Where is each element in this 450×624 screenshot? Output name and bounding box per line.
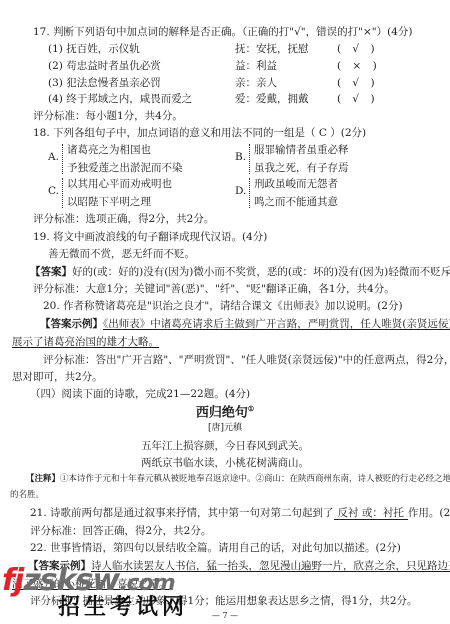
q17-gloss-1: 抚：安抚，抚慰 xyxy=(235,44,309,55)
q18-option-b-label: B. xyxy=(235,152,246,163)
q17-item-2: (2) 苟忠益时者虽仇必赏 xyxy=(48,61,161,72)
q18-stem: 18. 下列各组句子中，加点词语的意义和用法不同的一组是（ C ）(2分) xyxy=(33,128,366,139)
q17-stem: 17. 判断下列语句中加点词的解释是否正确。（正确的打"√"，错误的打"×"）(… xyxy=(33,27,412,38)
q18-option-a-line1: 诸葛亮之为相国也 xyxy=(67,145,151,156)
q17-item-4: (4) 终于邦域之内，咸畏而爱之 xyxy=(48,94,192,105)
section4-heading: （四）阅读下面的诗歌，完成21—22题。(4分) xyxy=(30,389,250,400)
brace-divider xyxy=(249,144,252,174)
q18-option-b-line1: 服罪输情者虽重必释 xyxy=(254,145,349,156)
poem-author: [唐]元稹 xyxy=(0,424,450,433)
q17-item-1: (1) 抚百姓，示仪轨 xyxy=(48,44,140,55)
q20-scoring-line2: 思对即可，共2分。 xyxy=(12,372,103,383)
answer-tag: 【答案】 xyxy=(30,266,72,278)
q18-option-a-label: A. xyxy=(48,152,59,163)
q18-option-c-label: C. xyxy=(48,186,59,197)
answer-tag: 【答案示例】 xyxy=(40,318,103,330)
brace-divider xyxy=(62,144,65,174)
q21-answer-blank: 反衬 或：衬托 xyxy=(334,508,408,520)
q18-option-a-line2: 予独爱莲之出淤泥而不染 xyxy=(67,163,183,174)
poem-note-line1: 【注释】①本诗作于元和十年春元稹从被贬地奉召返京途中。②商山：在陕西商州东南，诗… xyxy=(26,475,450,484)
q18-option-d-line1: 刑政虽峻而无怨者 xyxy=(254,179,338,190)
poem-line-2: 两纸京书临水读，小桃花树满商山。 xyxy=(0,458,450,469)
q17-gloss-2: 益：利益 xyxy=(235,61,277,72)
watermark-brand-red: fj xyxy=(2,563,23,598)
watermark-cn-name: 招生考试网 xyxy=(58,596,188,618)
brace-divider xyxy=(62,178,65,208)
q18-scoring: 评分标准：选项正确，得2分，共2分。 xyxy=(33,214,214,225)
poem-title-text: 西归绝句 xyxy=(196,405,248,420)
q18-option-c-line1: 以其用心平而劝戒明也 xyxy=(67,179,172,190)
q19-sentence: 善无微而不赏，恶无纤而不贬。 xyxy=(48,249,195,260)
q18-option-d-label: D. xyxy=(235,186,246,197)
answer-text: 好的(或：好的)没有(因为)微小而不奖赏，恶的(或：坏的)没有(因为)轻微而不贬… xyxy=(72,266,450,278)
brace-divider xyxy=(249,178,252,208)
poem-title: 西归绝句① xyxy=(0,405,450,419)
q21-stem-after: 作用。(2分) xyxy=(408,507,450,519)
q19-answer: 【答案】好的(或：好的)没有(因为)微小而不奖赏，恶的(或：坏的)没有(因为)轻… xyxy=(30,267,450,278)
q17-gloss-4: 爱：爱戴，拥戴 xyxy=(235,94,309,105)
answer-text: 《出师表》中诸葛亮请求后主做到广开言路，严明赏罚，任人唯贤(亲贤远佞)，充分 xyxy=(103,318,450,330)
note-tag: 【注释】 xyxy=(26,474,60,484)
q17-mark-3: ( √ ) xyxy=(337,78,379,89)
q19-scoring: 评分标准：大意1分；关键词"善(恶)"、"纤"、"贬"翻译正确，各1分，共4分。 xyxy=(33,284,395,295)
q21-scoring: 评分标准：回答正确，得2分，共2分。 xyxy=(30,526,211,537)
q17-item-3: (3) 犯法怠慢者虽亲必罚 xyxy=(48,78,161,89)
q20-stem: 20. 作者称赞诸葛亮是"识治之良才"，请结合课文《出师表》加以说明。(2分) xyxy=(43,301,403,312)
q21-stem-before: 21. 诗歌前两句都是通过叙事来抒情，其中第一句对第二句起到了 xyxy=(30,507,334,519)
q17-mark-4: ( √ ) xyxy=(337,94,379,105)
q18-option-d-line2: 鸣之而不能通其意 xyxy=(254,197,338,208)
poem-note-line2: 的名胜。 xyxy=(10,491,44,500)
q18-option-b-line2: 虽我之死，有子存焉 xyxy=(254,163,349,174)
watermark-domain: .com xyxy=(119,571,174,596)
q17-mark-1: ( √ ) xyxy=(337,44,379,55)
q20-answer-line1: 【答案示例】《出师表》中诸葛亮请求后主做到广开言路，严明赏罚，任人唯贤(亲贤远佞… xyxy=(40,319,450,330)
footnote-mark: ① xyxy=(248,404,254,413)
q22-stem: 22. 世事皆情语，第四句以景结收全篇。请用自己的话，对此句加以描述。(2分) xyxy=(30,543,401,554)
q17-gloss-3: 亲：亲人 xyxy=(235,78,277,89)
watermark-brand-gray: zsksw xyxy=(23,563,119,598)
q18-option-c-line2: 以昭陛下平明之理 xyxy=(67,197,151,208)
watermark-logo: fjzsksw.com xyxy=(2,566,175,596)
note-text: ①本诗作于元和十年春元稹从被贬地奉召返京途中。②商山：在陕西商州东南，诗人被贬的… xyxy=(60,474,450,484)
q19-stem: 19. 将文中画波浪线的句子翻译成现代汉语。(4分) xyxy=(33,232,267,243)
q21-stem: 21. 诗歌前两句都是通过叙事来抒情，其中第一句对第二句起到了反衬 或：衬托作用… xyxy=(30,508,450,520)
q17-mark-2: ( × ) xyxy=(337,61,381,72)
q20-answer-line2: 展示了诸葛亮治国的雄才大略。 xyxy=(12,337,159,348)
q17-scoring: 评分标准：每小题1分，共4分。 xyxy=(33,111,183,122)
q20-scoring-line1: 评分标准：答出"广开言路"、"严明赏罚"、"任人唯贤(亲贤远佞)"中的任意两点，… xyxy=(43,355,450,366)
poem-line-1: 五年江上损容颜，今日春风到武关。 xyxy=(0,441,450,452)
